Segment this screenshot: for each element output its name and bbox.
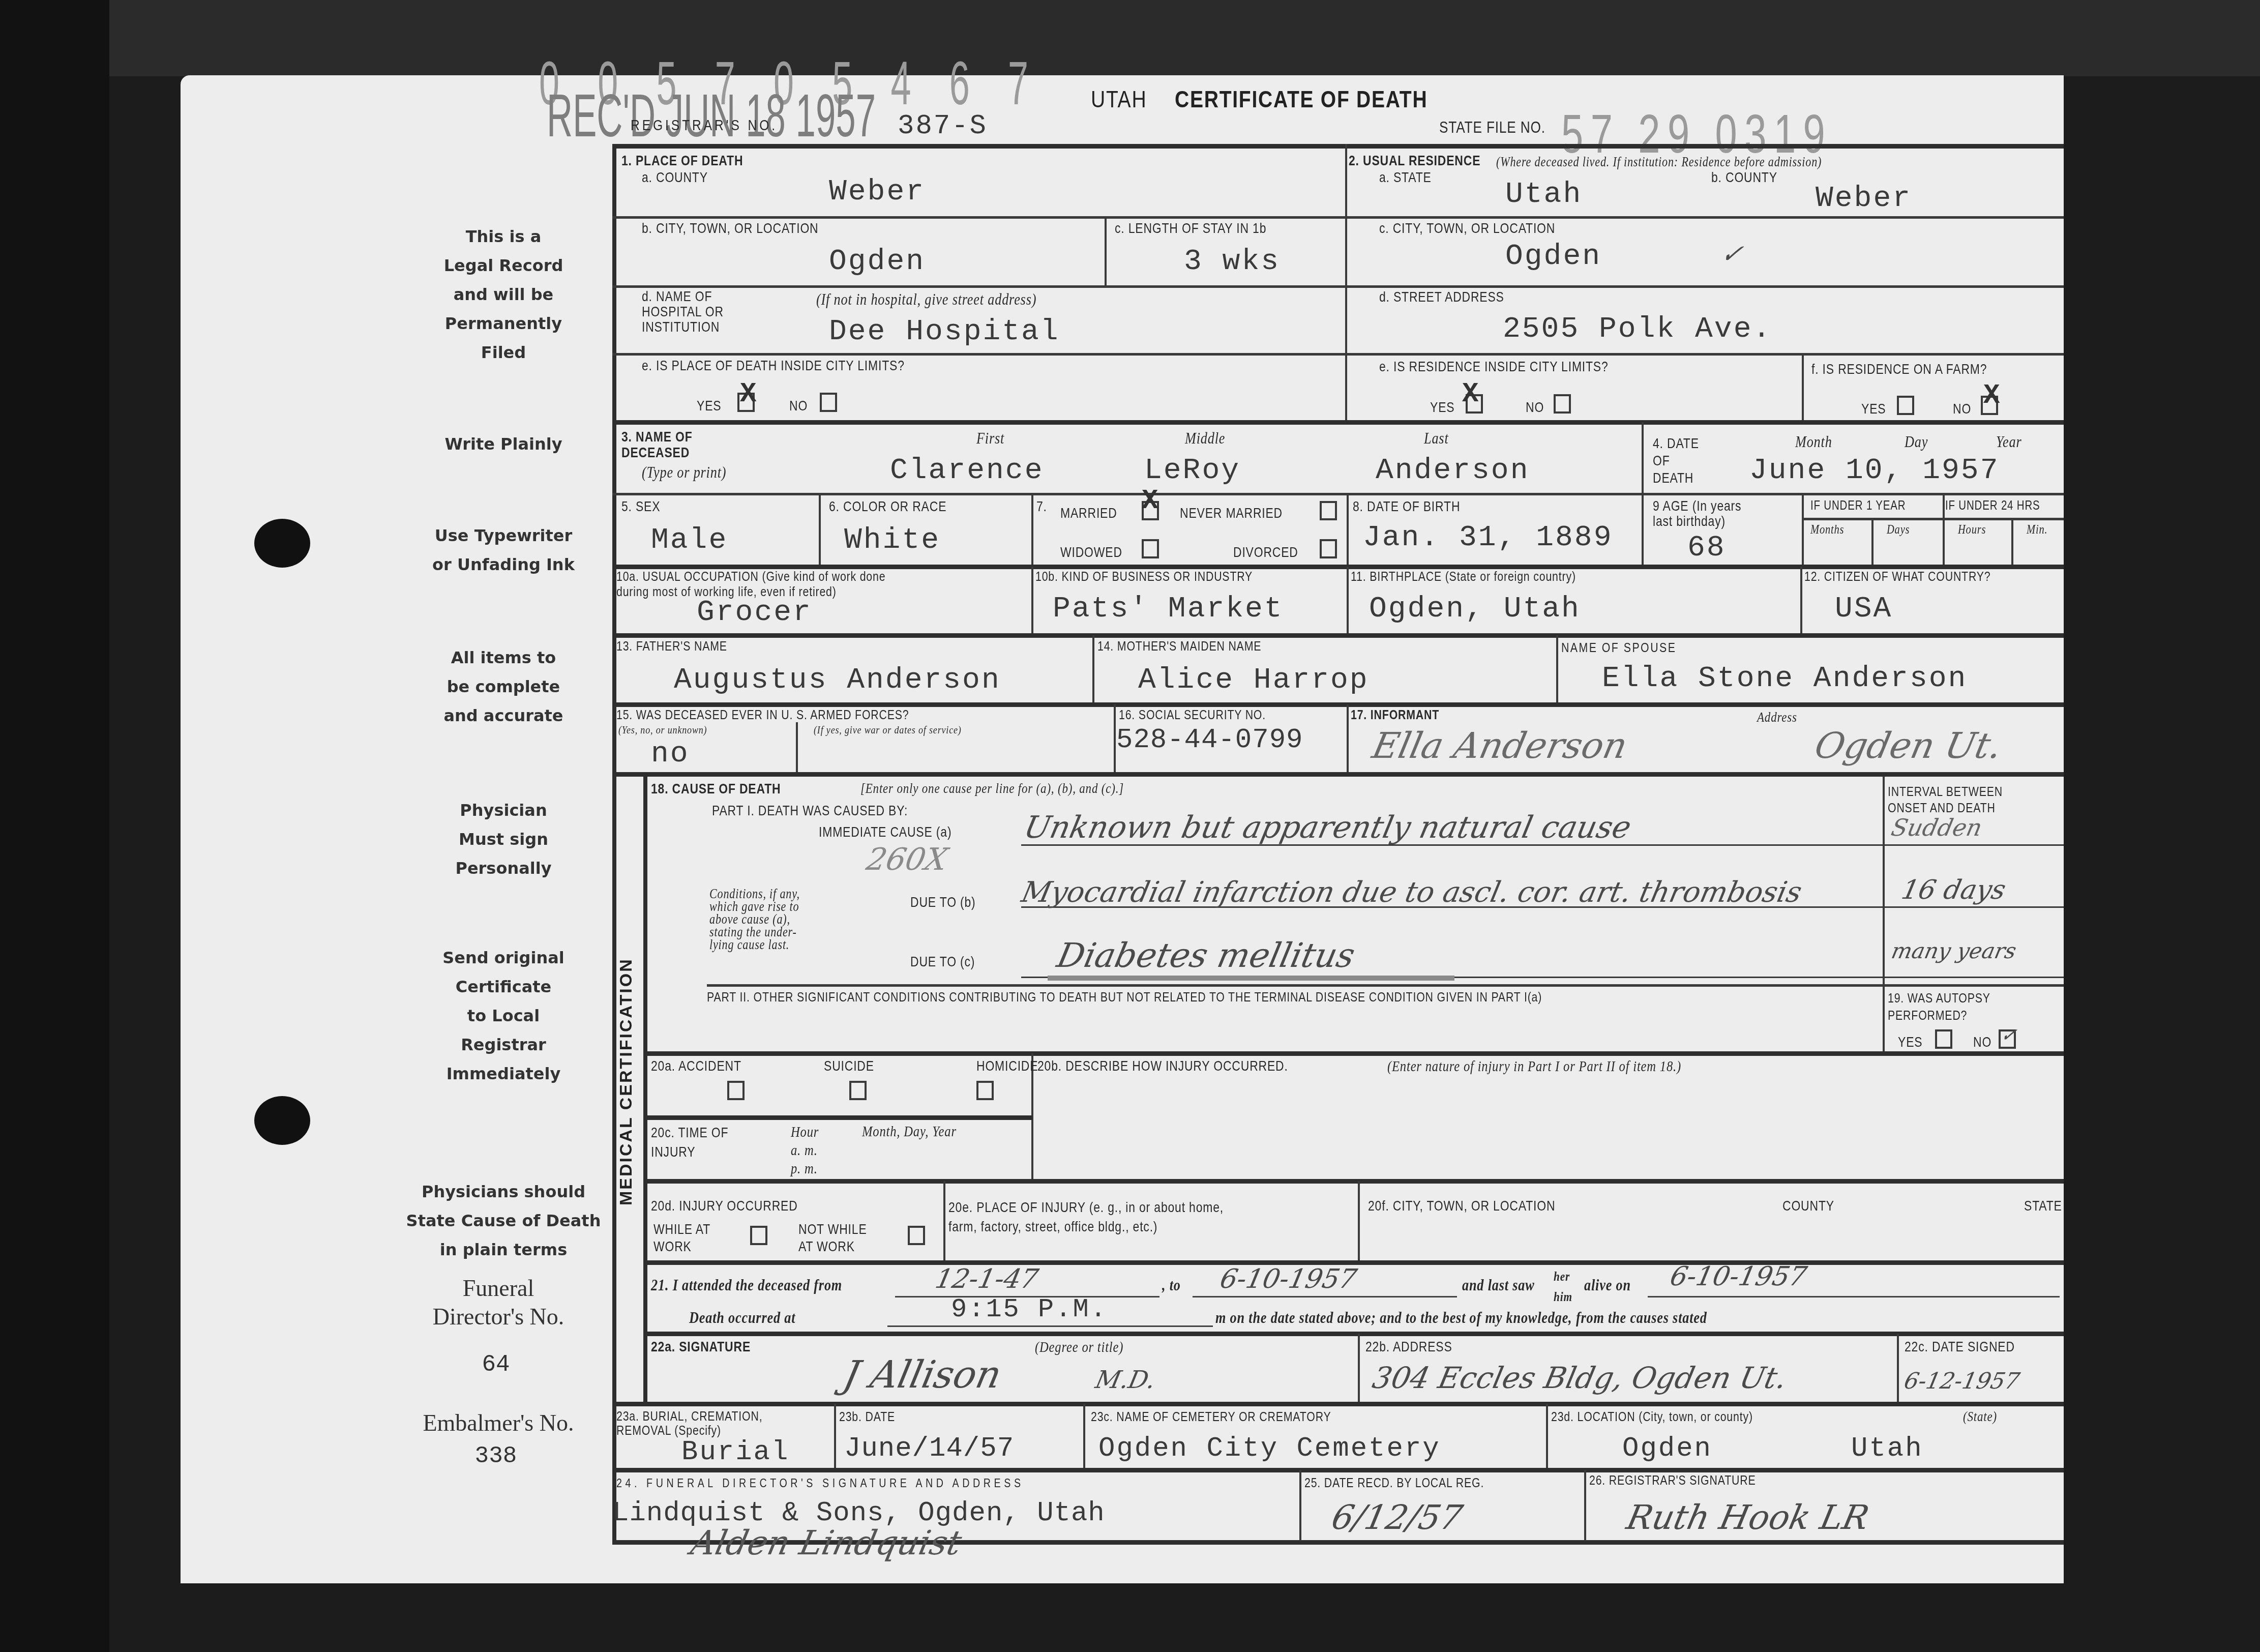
divider — [643, 776, 647, 1402]
divider — [1897, 1334, 1899, 1404]
accident-checkbox[interactable] — [727, 1081, 745, 1100]
father-value[interactable]: Augustus Anderson — [674, 664, 1001, 697]
death-city-value[interactable]: Ogden — [829, 245, 925, 278]
disposition-value[interactable]: Burial — [681, 1437, 789, 1468]
place-of-death-label: 1. PLACE OF DEATH — [621, 153, 743, 169]
under-1-year-label: IF UNDER 1 YEAR — [1810, 498, 1906, 513]
location-state-value[interactable]: Utah — [1851, 1433, 1923, 1464]
divider — [643, 1179, 2064, 1184]
time-of-injury-label: 20c. TIME OF INJURY — [651, 1123, 728, 1162]
sex-label: 5. SEX — [621, 498, 660, 515]
funeral-director-label: 24. FUNERAL DIRECTOR'S SIGNATURE AND ADD… — [616, 1477, 1024, 1491]
last-label: Last — [1424, 429, 1448, 448]
registrars-no-label: REGISTRAR'S NO. — [631, 117, 778, 134]
widowed-checkbox[interactable] — [1142, 539, 1159, 558]
divider — [612, 1468, 2064, 1472]
due-to-c-value[interactable]: Diabetes mellitus — [1054, 936, 1358, 975]
informant-value[interactable]: Ella Anderson — [1369, 725, 1631, 766]
armed-forces-value[interactable]: no — [651, 737, 690, 771]
residence-county-value[interactable]: Weber — [1816, 182, 1912, 215]
divider — [943, 1181, 945, 1262]
middle-name-value[interactable]: LeRoy — [1144, 454, 1240, 487]
suicide-checkbox[interactable] — [849, 1081, 867, 1100]
days-label: Days — [1887, 523, 1910, 537]
x-mark-icon: X — [1983, 380, 2000, 411]
injury-description-hint: (Enter nature of injury in Part I or Par… — [1387, 1058, 1681, 1075]
form-border-top — [612, 144, 2064, 149]
immediate-cause-value[interactable]: Unknown but apparently natural cause — [1021, 810, 1634, 845]
name-of-deceased-label: 3. NAME OF DECEASED — [621, 429, 693, 460]
divider — [1345, 144, 1347, 422]
state-label: a. STATE — [1379, 169, 1432, 186]
degree-value[interactable]: M.D. — [1093, 1366, 1158, 1394]
cause-of-death-hint: [Enter only one cause per line for (a), … — [860, 781, 1124, 797]
divorced-checkbox[interactable] — [1320, 539, 1337, 558]
date-recd-value[interactable]: 6/12/57 — [1328, 1498, 1466, 1537]
margin-note-write-plainly: Write Plainly — [402, 430, 605, 459]
underline — [887, 1325, 1213, 1327]
mother-label: 14. MOTHER'S MAIDEN NAME — [1097, 638, 1261, 654]
due-to-c-label: DUE TO (c) — [910, 954, 975, 970]
residence-state-value[interactable]: Utah — [1505, 178, 1582, 211]
autopsy-yes-label: YES — [1898, 1034, 1922, 1050]
citizen-value[interactable]: USA — [1835, 593, 1892, 626]
divider — [612, 216, 2064, 219]
x-mark-icon: X — [740, 379, 756, 410]
divider — [612, 772, 2064, 777]
page-title: CERTIFICATE OF DEATH — [1175, 85, 1428, 113]
on-farm-label: f. IS RESIDENCE ON A FARM? — [1811, 361, 1987, 377]
disposition-label: 23a. BURIAL, CREMATION, REMOVAL (Specify… — [616, 1409, 762, 1437]
divider — [1871, 518, 1874, 566]
divider — [1802, 518, 2064, 520]
divider — [1546, 1404, 1548, 1470]
armed-forces-hint-a: (Yes, no, or unknown) — [618, 723, 707, 736]
spouse-value[interactable]: Ella Stone Anderson — [1602, 662, 1967, 695]
registrars-no: 387-S — [898, 111, 988, 142]
divider — [1031, 493, 1033, 566]
while-at-work-label: WHILE AT WORK — [653, 1221, 710, 1255]
interval-b-value[interactable]: 16 days — [1899, 875, 2009, 905]
yes-label: YES — [697, 398, 721, 414]
homicide-label: HOMICIDE — [976, 1058, 1038, 1074]
last-saw-date-value[interactable]: 6-10-1957 — [1668, 1261, 1809, 1292]
first-label: First — [976, 429, 1004, 448]
injury-state-label: STATE — [2024, 1198, 2062, 1214]
punch-hole-icon — [254, 1096, 310, 1145]
registrar-signature[interactable]: Ruth Hook LR — [1623, 1498, 1872, 1537]
residence-city-value[interactable]: Ogden — [1505, 240, 1601, 273]
immediate-cause-label: IMMEDIATE CAUSE (a) — [819, 824, 951, 840]
divider — [612, 633, 2064, 638]
year-label: Year — [1996, 432, 2021, 451]
divider — [834, 1404, 836, 1470]
widowed-label: WIDOWED — [1060, 544, 1122, 560]
hospital-hint: (If not in hospital, give street address… — [816, 290, 1036, 309]
last-name-value[interactable]: Anderson — [1376, 454, 1529, 487]
received-stamp: REC'D JUN 18 1957 — [547, 81, 876, 151]
accident-label: 20a. ACCIDENT — [651, 1058, 741, 1074]
date-of-death-label: 4. DATE OF DEATH — [1653, 435, 1699, 487]
margin-note-typewriter: Use Typewriter or Unfading Ink — [402, 521, 605, 579]
marital-status-label: 7. — [1036, 498, 1047, 515]
medical-certification-label: MEDICAL CERTIFICATION — [616, 958, 636, 1205]
divider — [2011, 518, 2013, 566]
race-label: 6. COLOR OR RACE — [829, 498, 946, 515]
divorced-label: DIVORCED — [1233, 544, 1298, 560]
to-label: , to — [1162, 1276, 1181, 1294]
autopsy-label: 19. WAS AUTOPSY PERFORMED? — [1888, 989, 1990, 1024]
divider — [1092, 635, 1094, 703]
divider — [1347, 567, 1349, 635]
registrar-signature-label: 26. REGISTRAR'S SIGNATURE — [1589, 1472, 1756, 1488]
hour-label: Hour a. m. p. m. — [791, 1123, 819, 1178]
interval-c-value[interactable]: many years — [1889, 938, 2019, 963]
while-at-work-checkbox[interactable] — [750, 1226, 767, 1245]
punch-hole-icon — [254, 519, 310, 568]
attended-to-value[interactable]: 6-10-1957 — [1217, 1264, 1359, 1294]
hours-label: Hours — [1958, 523, 1986, 537]
divider — [1114, 704, 1116, 773]
county-label: a. COUNTY — [642, 169, 708, 186]
name-hint: (Type or print) — [642, 463, 726, 482]
suicide-label: SUICIDE — [824, 1058, 874, 1074]
embalmer-no: 338 — [389, 1442, 603, 1470]
conditions-label: Conditions, if any, which gave rise to a… — [709, 888, 800, 951]
divider — [612, 1402, 2064, 1406]
injury-city-label: 20f. CITY, TOWN, OR LOCATION — [1368, 1198, 1555, 1214]
hospital-label: d. NAME OF HOSPITAL OR INSTITUTION — [642, 289, 724, 335]
months-label: Months — [1810, 523, 1844, 537]
location-label: 23d. LOCATION (City, town, or county) — [1551, 1409, 1753, 1425]
cause-of-death-label: 18. CAUSE OF DEATH — [651, 781, 781, 797]
divider — [612, 702, 2064, 707]
street-address-label: d. STREET ADDRESS — [1379, 289, 1504, 305]
length-of-stay-value[interactable]: 3 wks — [1184, 245, 1280, 278]
divider — [1358, 1334, 1360, 1404]
divider — [1299, 1470, 1301, 1541]
underline — [1648, 1296, 2060, 1297]
divider — [1105, 216, 1107, 285]
age-value[interactable]: 68 — [1687, 532, 1726, 565]
first-name-value[interactable]: Clarence — [890, 454, 1044, 487]
residence-county-label: b. COUNTY — [1711, 169, 1777, 186]
hospital-value[interactable]: Dee Hospital — [829, 315, 1060, 348]
divider — [1800, 567, 1802, 635]
occupation-value[interactable]: Grocer — [697, 596, 812, 629]
father-label: 13. FATHER'S NAME — [616, 638, 727, 654]
residence-inside-city-no-checkbox[interactable] — [1554, 394, 1571, 414]
physician-signature[interactable]: J Allison — [840, 1353, 1005, 1397]
divider — [1347, 704, 1349, 773]
burial-date-value[interactable]: June/14/57 — [844, 1433, 1014, 1464]
date-signed-label: 22c. DATE SIGNED — [1905, 1339, 2015, 1355]
divider — [1802, 353, 1804, 422]
part-1-label: PART I. DEATH WAS CAUSED BY: — [712, 803, 908, 819]
margin-note-cause-plain: Physicians should State Cause of Death i… — [376, 1177, 631, 1264]
due-to-b-value[interactable]: Myocardial infarction due to ascl. cor. … — [1019, 876, 1805, 909]
date-signed-value[interactable]: 6-12-1957 — [1902, 1368, 2023, 1394]
divider — [1347, 493, 1349, 566]
on-farm-yes-checkbox[interactable] — [1897, 396, 1914, 415]
mother-value[interactable]: Alice Harrop — [1138, 664, 1369, 697]
date-recd-label: 25. DATE RECD. BY LOCAL REG. — [1304, 1475, 1484, 1491]
inside-city-no-checkbox[interactable] — [820, 393, 837, 412]
ssn-value[interactable]: 528-44-0799 — [1116, 725, 1303, 756]
business-value[interactable]: Pats' Market — [1053, 593, 1284, 626]
no-label: NO — [1526, 399, 1544, 416]
funeral-director-no-label: Funeral Director's No. — [392, 1274, 605, 1331]
homicide-checkbox[interactable] — [976, 1081, 994, 1100]
divider — [612, 353, 2064, 356]
birthplace-value[interactable]: Ogden, Utah — [1369, 593, 1581, 626]
street-address-value[interactable]: 2505 Polk Ave. — [1503, 313, 1772, 346]
scanner-bed-left — [0, 0, 109, 1652]
x-mark-icon: X — [1462, 379, 1478, 410]
armed-forces-label: 15. WAS DECEASED EVER IN U. S. ARMED FOR… — [616, 707, 909, 723]
margin-note-legal-record: This is a Legal Record and will be Perma… — [402, 222, 605, 367]
not-while-at-work-label: NOT WHILE AT WORK — [798, 1221, 867, 1255]
burial-date-label: 23b. DATE — [839, 1409, 895, 1425]
interval-label: INTERVAL BETWEEN ONSET AND DEATH — [1888, 783, 2003, 816]
scanner-bed-top — [109, 0, 2260, 76]
middle-label: Middle — [1185, 429, 1225, 448]
length-of-stay-label: c. LENGTH OF STAY IN 1b — [1115, 220, 1266, 237]
code-annotation: 260X — [864, 842, 951, 877]
funeral-director-no: 64 — [389, 1350, 603, 1379]
her-him-label: her him — [1554, 1266, 1572, 1307]
yes-label: YES — [1861, 401, 1886, 417]
signature-label: 22a. SIGNATURE — [651, 1339, 751, 1355]
divider — [1358, 1181, 1360, 1262]
divider — [612, 285, 2064, 288]
date-of-birth-value[interactable]: Jan. 31, 1889 — [1363, 521, 1613, 554]
inside-city-label: e. IS PLACE OF DEATH INSIDE CITY LIMITS? — [642, 358, 905, 374]
yes-label: YES — [1430, 399, 1454, 416]
part-2-label: PART II. OTHER SIGNIFICANT CONDITIONS CO… — [707, 989, 1542, 1005]
sex-value[interactable]: Male — [651, 524, 728, 557]
interval-a-value[interactable]: Sudden — [1889, 814, 1984, 841]
underline-mark — [1048, 976, 1454, 981]
ssn-label: 16. SOCIAL SECURITY NO. — [1119, 707, 1266, 723]
armed-forces-hint-b: (If yes, give war or dates of service) — [814, 723, 962, 736]
death-county-value[interactable]: Weber — [829, 175, 925, 209]
divider — [612, 493, 2064, 495]
race-value[interactable]: White — [844, 524, 940, 557]
divider — [707, 984, 2064, 987]
margin-note-send-original: Send original Certificate to Local Regis… — [402, 943, 605, 1088]
last-saw-label: and last saw — [1462, 1276, 1535, 1294]
divider — [643, 1051, 2064, 1056]
informant-address-label: Address — [1757, 710, 1797, 726]
date-of-birth-label: 8. DATE OF BIRTH — [1353, 498, 1460, 515]
residence-inside-city-label: e. IS RESIDENCE INSIDE CITY LIMITS? — [1379, 359, 1609, 375]
never-married-label: NEVER MARRIED — [1180, 505, 1283, 521]
place-of-injury-label: 20e. PLACE OF INJURY (e. g., in or about… — [948, 1198, 1224, 1236]
divider — [1556, 635, 1558, 703]
location-city-value[interactable]: Ogden — [1622, 1433, 1712, 1464]
informant-label: 17. INFORMANT — [1351, 707, 1439, 723]
embalmer-no-label: Embalmer's No. — [392, 1409, 605, 1437]
birthplace-label: 11. BIRTHPLACE (State or foreign country… — [1351, 569, 1576, 584]
occupation-label: 10a. USUAL OCCUPATION (Give kind of work… — [616, 569, 885, 599]
margin-note-complete: All items to be complete and accurate — [402, 643, 605, 730]
injury-occurred-label: 20d. INJURY OCCURRED — [651, 1198, 798, 1214]
day-label: Day — [1905, 432, 1928, 451]
divider — [1031, 567, 1033, 635]
divider — [819, 493, 821, 566]
informant-address-value[interactable]: Ogden Ut. — [1811, 725, 2006, 766]
never-married-checkbox[interactable] — [1320, 501, 1337, 520]
cemetery-value[interactable]: Ogden City Cemetery — [1098, 1433, 1441, 1464]
divider — [643, 1332, 2064, 1336]
business-label: 10b. KIND OF BUSINESS OR INDUSTRY — [1035, 569, 1253, 584]
physician-address-label: 22b. ADDRESS — [1365, 1339, 1452, 1355]
date-of-death-value[interactable]: June 10, 1957 — [1749, 454, 1999, 487]
residence-city-label: c. CITY, TOWN, OR LOCATION — [1379, 220, 1555, 237]
usual-residence-hint: (Where deceased lived. If institution: R… — [1496, 154, 1822, 170]
death-occurred-label: Death occurred at — [689, 1308, 795, 1327]
x-mark-icon: X — [1142, 486, 1158, 517]
citizen-label: 12. CITIZEN OF WHAT COUNTRY? — [1804, 569, 1990, 584]
divider — [1584, 1470, 1586, 1541]
title-state: UTAH — [1091, 85, 1147, 113]
not-while-at-work-checkbox[interactable] — [908, 1226, 925, 1245]
margin-note-physician-sign: Physician Must sign Personally — [402, 796, 605, 883]
usual-residence-label: 2. USUAL RESIDENCE — [1349, 153, 1480, 169]
alive-on-label: alive on — [1584, 1276, 1631, 1294]
month-day-year-label: Month, Day, Year — [862, 1123, 957, 1140]
underline — [1193, 1296, 1457, 1297]
age-label: 9 AGE (In years last birthday) — [1653, 498, 1741, 529]
divider — [1802, 493, 1804, 566]
min-label: Min. — [2027, 523, 2047, 537]
divider — [643, 1115, 1032, 1120]
autopsy-no-label: NO — [1973, 1034, 1991, 1050]
cemetery-label: 23c. NAME OF CEMETERY OR CREMATORY — [1091, 1409, 1331, 1425]
injury-description-field[interactable] — [1037, 1078, 2060, 1175]
funeral-director-signature[interactable]: Alden Lindquist — [688, 1523, 965, 1562]
divider — [1883, 776, 1885, 1053]
no-label: NO — [1953, 401, 1971, 417]
city-label: b. CITY, TOWN, OR LOCATION — [642, 220, 819, 237]
divider — [1943, 493, 1945, 566]
state-file-no-label: STATE FILE NO. — [1439, 118, 1545, 137]
degree-label: (Degree or title) — [1035, 1339, 1123, 1356]
physician-address-value[interactable]: 304 Eccles Bldg, Ogden Ut. — [1370, 1361, 1790, 1395]
autopsy-yes-checkbox[interactable] — [1935, 1029, 1952, 1049]
married-label: MARRIED — [1060, 505, 1117, 521]
divider — [612, 420, 2064, 425]
death-occurred-tail: m on the date stated above; and to the b… — [1215, 1308, 1707, 1327]
death-time-value[interactable]: 9:15 P.M. — [951, 1294, 1108, 1324]
divider — [1083, 1404, 1085, 1470]
attended-label: 21. I attended the deceased from — [651, 1276, 842, 1294]
no-label: NO — [789, 398, 808, 414]
due-to-b-label: DUE TO (b) — [910, 894, 976, 910]
divider — [796, 722, 798, 773]
under-24-hrs-label: IF UNDER 24 HRS — [1945, 498, 2040, 513]
injury-county-label: COUNTY — [1782, 1198, 1834, 1214]
location-state-label: (State) — [1963, 1409, 1997, 1425]
attended-from-value[interactable]: 12-1-47 — [933, 1264, 1041, 1294]
injury-description-label: 20b. DESCRIBE HOW INJURY OCCURRED. — [1037, 1058, 1288, 1074]
month-label: Month — [1795, 432, 1832, 451]
spouse-label: NAME OF SPOUSE — [1561, 640, 1676, 656]
